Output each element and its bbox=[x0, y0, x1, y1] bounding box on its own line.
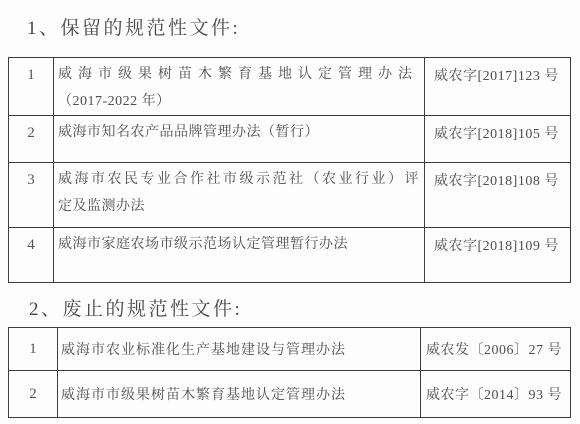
document-number: 威农字〔2014〕93 号 bbox=[421, 371, 571, 418]
table-row: 4 威海市家庭农场市级示范场认定管理暂行办法 威农字[2018]109 号 bbox=[9, 228, 571, 283]
document-title-cell: 威海市市级果树苗木繁育基地认定管理办法 bbox=[58, 371, 421, 418]
document-title-cell: 威海市知名农产品品牌管理办法（暂行） bbox=[54, 116, 425, 163]
document-title-line: 威海市家庭农场市级示范场认定管理暂行办法 bbox=[58, 231, 422, 258]
document-title-line: 威海市知名农产品品牌管理办法（暂行） bbox=[58, 119, 422, 146]
document-number: 威农字[2018]108 号 bbox=[425, 163, 571, 228]
retained-documents-table: 1 威海市级果树苗木繁育基地认定管理办法 （2017-2022 年） 威农字[2… bbox=[8, 57, 571, 283]
document-title-cell: 威海市农业标准化生产基地建设与管理办法 bbox=[58, 328, 421, 371]
document-number: 威农字[2018]109 号 bbox=[425, 228, 571, 283]
document-title-line: 威海市农业标准化生产基地建设与管理办法 bbox=[61, 339, 419, 359]
table-row: 2 威海市市级果树苗木繁育基地认定管理办法 威农字〔2014〕93 号 bbox=[9, 371, 571, 418]
section1-heading: 1、保留的规范性文件: bbox=[27, 13, 240, 40]
document-title-line: 威海市市级果树苗木繁育基地认定管理办法 bbox=[61, 384, 419, 404]
document-number: 威农发〔2006〕27 号 bbox=[421, 328, 571, 371]
document-title-line: （2017-2022 年） bbox=[58, 88, 422, 115]
row-number: 1 bbox=[9, 328, 58, 371]
row-number: 2 bbox=[9, 371, 58, 418]
document-title-line: 威海市农民专业合作社市级示范社（农业行业）评 bbox=[58, 166, 422, 193]
row-number: 1 bbox=[9, 58, 54, 116]
table-row: 3 威海市农民专业合作社市级示范社（农业行业）评 定及监测办法 威农字[2018… bbox=[9, 163, 571, 228]
abolished-documents-table: 1 威海市农业标准化生产基地建设与管理办法 威农发〔2006〕27 号 2 威海… bbox=[8, 327, 571, 418]
table-row: 1 威海市农业标准化生产基地建设与管理办法 威农发〔2006〕27 号 bbox=[9, 328, 571, 371]
table-row: 1 威海市级果树苗木繁育基地认定管理办法 （2017-2022 年） 威农字[2… bbox=[9, 58, 571, 116]
row-number: 3 bbox=[9, 163, 54, 228]
document-title-line: 威海市级果树苗木繁育基地认定管理办法 bbox=[58, 61, 422, 88]
document-number: 威农字[2018]105 号 bbox=[425, 116, 571, 163]
section2-heading: 2、废止的规范性文件: bbox=[29, 294, 242, 321]
document-title-cell: 威海市农民专业合作社市级示范社（农业行业）评 定及监测办法 bbox=[54, 163, 425, 228]
document-page: 1、保留的规范性文件: 1 威海市级果树苗木繁育基地认定管理办法 （2017-2… bbox=[0, 0, 580, 424]
document-title-cell: 威海市家庭农场市级示范场认定管理暂行办法 bbox=[54, 228, 425, 283]
document-title-line: 定及监测办法 bbox=[58, 193, 422, 220]
row-number: 2 bbox=[9, 116, 54, 163]
table-row: 2 威海市知名农产品品牌管理办法（暂行） 威农字[2018]105 号 bbox=[9, 116, 571, 163]
document-title-cell: 威海市级果树苗木繁育基地认定管理办法 （2017-2022 年） bbox=[54, 58, 425, 116]
document-number: 威农字[2017]123 号 bbox=[425, 58, 571, 116]
row-number: 4 bbox=[9, 228, 54, 283]
